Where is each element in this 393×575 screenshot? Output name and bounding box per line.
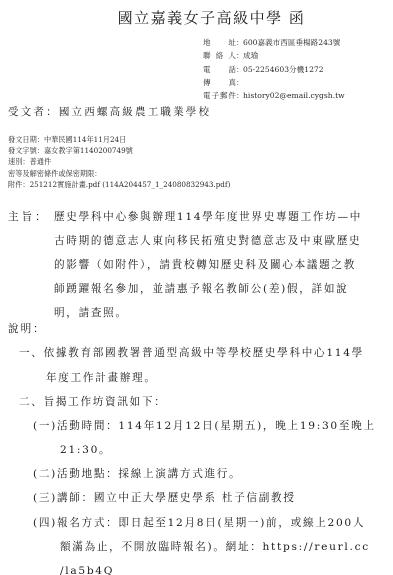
fax-row: 傳 真：: [203, 76, 345, 89]
doc-number-value: 嘉女教字第1140200749號: [44, 146, 133, 155]
phone-label: 電 話: [203, 63, 236, 76]
explanation-label: 說明：: [8, 321, 46, 337]
speed-value: 普通件: [30, 157, 52, 166]
event-time-line-2: 21:30。: [60, 442, 111, 458]
event-speaker: (三)講師：國立中正大學歷史學系 杜子信副教授: [33, 490, 296, 506]
attachment-link[interactable]: 251212實施計畫.pdf (114A204457_1_24080832943…: [30, 180, 231, 189]
subject-line-3: 的影響（如附件），請貴校轉知歷史科及關心本議題之教: [8, 253, 388, 277]
subject-line-5: 明，請查照。: [8, 301, 388, 325]
subject-line-4: 師踴躍報名參加，並請惠予報名教師公(差)假，詳如說: [8, 277, 388, 301]
date-label: 發文日期: [8, 135, 37, 144]
recipient-label: 受文者: [8, 106, 46, 118]
address-row: 地址：600嘉義市西區垂楊路243號: [203, 36, 345, 49]
explanation-section-2-heading: 二、旨揭工作坊資訊如下：: [19, 394, 167, 410]
classification-label: 密等及解密條件或保密期限: [8, 169, 94, 178]
attachment-label: 附件: [8, 180, 22, 189]
subject-block: 主旨：歷史學科中心參與辦理114學年度世界史專題工作坊—中 古時期的德意志人東向…: [8, 205, 388, 325]
subject-line-1: 主旨：歷史學科中心參與辦理114學年度世界史專題工作坊—中: [8, 205, 388, 229]
doc-number-label: 發文字號: [8, 146, 37, 155]
official-document: 國立嘉義女子高級中學 函 地址：600嘉義市西區垂楊路243號 聯 絡 人：成瑜…: [0, 0, 393, 575]
registration-url-tail[interactable]: /la5b4Q: [60, 563, 114, 575]
contact-block: 地址：600嘉義市西區垂楊路243號 聯 絡 人：成瑜 電 話：05-22546…: [203, 36, 345, 102]
document-meta: 發文日期：中華民國114年11月24日 發文字號：嘉女教字第1140200749…: [8, 134, 230, 190]
email-row: 電子郵件：history02@email.cygsh.tw: [203, 89, 345, 102]
date-value: 中華民國114年11月24日: [44, 135, 126, 144]
phone-row: 電 話：05-2254603分機1272: [203, 63, 345, 76]
recipient-value: 國立西螺高級農工職業學校: [59, 106, 211, 118]
contact-person-row: 聯 絡 人：成瑜: [203, 49, 345, 62]
registration-line-2[interactable]: 額滿為止，不開放臨時報名)。網址：https://reurl.cc: [60, 539, 370, 555]
recipient-line: 受文者：國立西螺高級農工職業學校: [8, 104, 211, 120]
event-location: (二)活動地點：採線上演講方式進行。: [33, 466, 241, 482]
date-row: 發文日期：中華民國114年11月24日: [8, 134, 230, 145]
event-time-line-1: (一)活動時間：114年12月12日(星期五)，晚上19:30至晚上: [33, 418, 376, 434]
subject-line-2: 古時期的德意志人東向移民拓殖史對德意志及中東歐歷史: [8, 229, 388, 253]
attachment-row: 附件：251212實施計畫.pdf (114A204457_1_24080832…: [8, 179, 230, 190]
classification-row: 密等及解密條件或保密期限：: [8, 168, 230, 179]
phone-value: 05-2254603分機1272: [243, 63, 324, 76]
document-title: 國立嘉義女子高級中學 函: [0, 8, 393, 28]
doc-number-row: 發文字號：嘉女教字第1140200749號: [8, 145, 230, 156]
address-value: 600嘉義市西區垂楊路243號: [243, 36, 340, 49]
explanation-section-1-line-2: 年度工作計畫辦理。: [46, 370, 157, 386]
registration-line-1: (四)報名方式：即日起至12月8日(星期一)前，或線上200人: [33, 515, 365, 531]
contact-person-label: 聯 絡 人: [203, 49, 236, 62]
contact-person-value: 成瑜: [243, 49, 258, 62]
speed-label: 速別: [8, 157, 22, 166]
fax-label: 傳 真: [203, 76, 236, 89]
subject-label: 主旨：: [8, 205, 54, 229]
email-value[interactable]: history02@email.cygsh.tw: [243, 89, 345, 102]
address-label: 地址: [203, 36, 236, 49]
explanation-section-1-line-1: 一、依據教育部國教署普通型高級中等學校歷史學科中心114學: [19, 345, 364, 361]
email-label: 電子郵件: [203, 89, 236, 102]
speed-row: 速別：普通件: [8, 156, 230, 167]
